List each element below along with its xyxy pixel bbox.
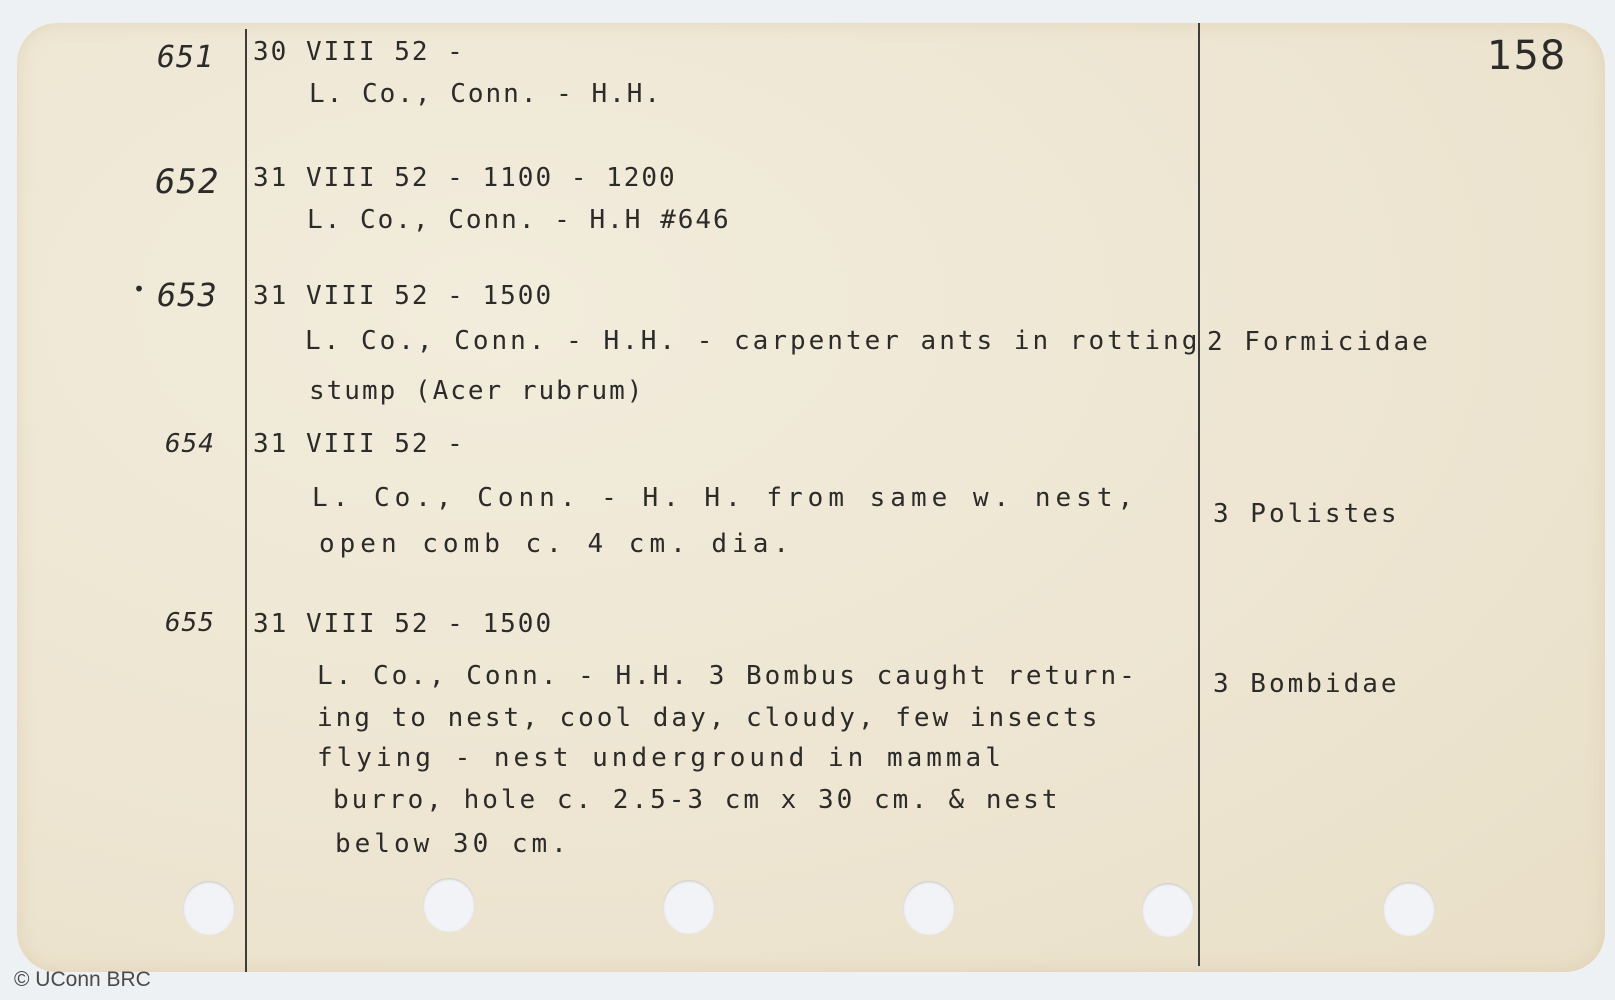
entry-line: burro, hole c. 2.5-3 cm x 30 cm. & nest	[333, 787, 1060, 813]
entry-line: L. Co., Conn. - H.H #646	[307, 207, 731, 233]
entry-taxon: 3 Polistes	[1213, 501, 1400, 527]
entry-number: 651	[157, 43, 214, 73]
entry-date: 31 VIII 52 - 1500	[253, 611, 553, 637]
binder-hole	[1383, 882, 1435, 936]
entry-line: below 30 cm.	[335, 831, 571, 857]
entry-number: 652	[155, 165, 219, 199]
page-number: 158	[1487, 36, 1566, 76]
specimen-ledger-card: 158 651 30 VIII 52 - L. Co., Conn. - H.H…	[17, 23, 1605, 972]
entry-number: 654	[165, 431, 215, 457]
binder-hole	[183, 881, 235, 935]
entry-line: ing to nest, cool day, cloudy, few insec…	[317, 705, 1100, 731]
entry-taxon: 2 Formicidae	[1207, 329, 1431, 355]
right-column-divider	[1198, 23, 1200, 966]
left-column-divider	[245, 29, 247, 972]
entry-line: L. Co., Conn. - H. H. from same w. nest,	[312, 485, 1138, 511]
binder-hole	[423, 878, 475, 932]
entry-number: 655	[165, 610, 215, 636]
entry-line: L. Co., Conn. - H.H. 3 Bombus caught ret…	[317, 663, 1138, 689]
entry-line: open comb c. 4 cm. dia.	[319, 531, 794, 557]
entry-line: flying - nest underground in mammal	[317, 745, 1005, 771]
entry-marker: •	[133, 279, 146, 299]
binder-hole	[663, 880, 715, 934]
entry-taxon: 3 Bombidae	[1213, 671, 1400, 697]
entry-line: L. Co., Conn. - H.H. - carpenter ants in…	[305, 328, 1200, 354]
entry-date: 31 VIII 52 - 1500	[253, 283, 553, 309]
entry-date: 31 VIII 52 - 1100 - 1200	[253, 165, 677, 191]
entry-number: 653	[157, 279, 218, 311]
binder-hole	[1142, 883, 1194, 937]
entry-date: 30 VIII 52 -	[253, 39, 465, 65]
copyright-notice: © UConn BRC	[14, 968, 151, 992]
entry-line: L. Co., Conn. - H.H.	[309, 81, 662, 107]
binder-hole	[903, 881, 955, 935]
entry-date: 31 VIII 52 -	[253, 431, 465, 457]
entry-line: stump (Acer rubrum)	[309, 378, 644, 404]
